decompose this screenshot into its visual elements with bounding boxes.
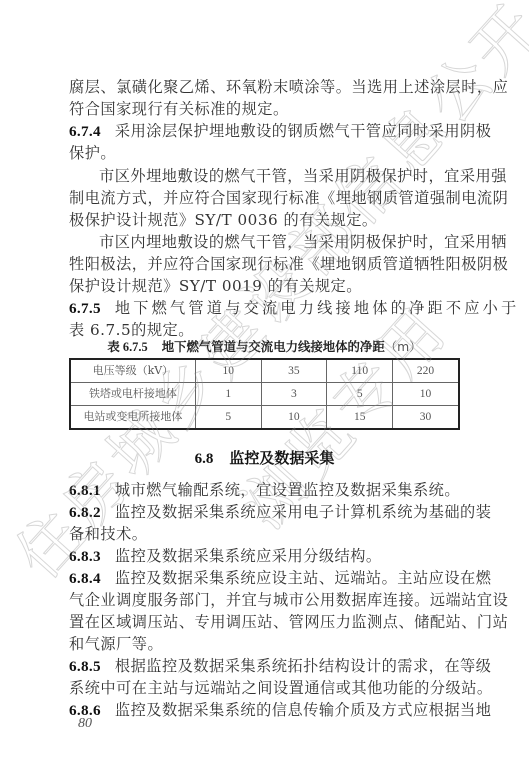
- row-header: 电站或变电所接地体: [70, 406, 195, 430]
- line-text: 腐层、氯磺化聚乙烯、环氧粉末喷涂等。当选用上述涂层时，应: [69, 78, 508, 96]
- line-text: 监控及数据采集系统应采用电子计算机系统为基础的装: [115, 503, 492, 521]
- row-header: 电压等级（kV）: [70, 359, 195, 383]
- line-text: 表 6.7.5的规定。: [69, 321, 194, 339]
- table-cell: 10: [261, 406, 327, 430]
- line-text: 监控及数据采集系统应采用分级结构。: [115, 547, 382, 565]
- body-line: 保护。: [69, 142, 458, 164]
- body-line: 符合国家现行有关标准的规定。: [69, 98, 458, 120]
- body-line: 制电流方式，并应符合国家现行标准《埋地钢质管道强制电流阴: [69, 187, 458, 209]
- line-text: 符合国家现行有关标准的规定。: [69, 100, 289, 118]
- line-text: 城市燃气输配系统，宜设置监控及数据采集系统。: [115, 481, 460, 499]
- table-row: 铁塔或电杆接地体 1 3 5 10: [70, 383, 459, 406]
- line-text: 气企业调度服务部门，并宜与城市公用数据库连接。远端站宜设: [69, 591, 508, 609]
- table-cell: 15: [327, 406, 393, 430]
- table-caption: 表 6.7.5地下燃气管道与交流电力线接地体的净距（m）: [69, 338, 460, 356]
- line-text: 系统中可在主站与远端站之间设置通信或其他功能的分级站。: [69, 679, 493, 697]
- body-line: 保护设计规范》SY/T 0019 的有关规定。: [69, 275, 458, 297]
- section-heading: 6.8监控及数据采集: [69, 447, 460, 469]
- body-line: 气企业调度服务部门，并宜与城市公用数据库连接。远端站宜设: [69, 589, 458, 611]
- line-text: 地下燃气管道与交流电力线接地体的净距不应小于: [115, 299, 520, 317]
- clause-6-8-6: 6.8.6监控及数据采集系统的信息传输介质及方式应根据当地: [69, 699, 458, 721]
- line-text: 保护。: [69, 144, 116, 162]
- line-text: 极保护设计规范》SY/T 0036 的有关规定。: [69, 211, 378, 229]
- line-text: 和气源厂等。: [69, 635, 163, 653]
- table-number: 表 6.7.5: [107, 340, 147, 354]
- clause-number: 6.8.2: [69, 504, 101, 521]
- body-line: 极保护设计规范》SY/T 0036 的有关规定。: [69, 209, 458, 231]
- line-text: 牲阳极法，并应符合国家现行标准《埋地钢质管道牺牲阳极阴极: [69, 255, 508, 273]
- line-text: 备和技术。: [69, 525, 147, 543]
- table-cell: 110: [327, 359, 393, 383]
- section-number: 6.8: [195, 451, 214, 467]
- clause-number: 6.8.4: [69, 570, 101, 587]
- line-text: 采用涂层保护埋地敷设的钢质燃气干管应同时采用阴极: [115, 122, 492, 140]
- table-title: 地下燃气管道与交流电力线接地体的净距: [162, 339, 385, 354]
- line-text: 市区外埋地敷设的燃气干管，当采用阴极保护时，宜采用强: [99, 167, 507, 185]
- clearance-table: 电压等级（kV） 10 35 110 220 铁塔或电杆接地体 1 3 5 10…: [69, 358, 460, 430]
- clause-number: 6.7.4: [69, 123, 101, 140]
- clause-6-8-5: 6.8.5根据监控及数据采集系统拓扑结构设计的需求，在等级: [69, 655, 458, 677]
- body-line: 备和技术。: [69, 523, 458, 545]
- body-line: 牲阳极法，并应符合国家现行标准《埋地钢质管道牺牲阳极阴极: [69, 253, 458, 275]
- clause-6-8-3: 6.8.3监控及数据采集系统应采用分级结构。: [69, 545, 458, 567]
- line-text: 监控及数据采集系统的信息传输介质及方式应根据当地: [115, 701, 492, 719]
- table-cell: 1: [195, 383, 261, 406]
- section-title: 监控及数据采集: [229, 449, 334, 467]
- table-unit: （m）: [385, 339, 422, 354]
- document-page: 腐层、氯磺化聚乙烯、环氧粉末喷涂等。当选用上述涂层时，应 符合国家现行有关标准的…: [0, 0, 529, 766]
- table-row: 电站或变电所接地体 5 10 15 30: [70, 406, 459, 430]
- clause-6-8-1: 6.8.1城市燃气输配系统，宜设置监控及数据采集系统。: [69, 479, 458, 501]
- table-cell: 10: [393, 383, 459, 406]
- line-text: 制电流方式，并应符合国家现行标准《埋地钢质管道强制电流阴: [69, 189, 508, 207]
- line-text: 市区内埋地敷设的燃气干管，当采用阴极保护时，宜采用牺: [99, 233, 507, 251]
- line-text: 保护设计规范》SY/T 0019 的有关规定。: [69, 277, 362, 295]
- table-cell: 5: [195, 406, 261, 430]
- clause-6-7-5: 6.7.5地下燃气管道与交流电力线接地体的净距不应小于: [69, 297, 458, 319]
- clause-6-8-2: 6.8.2监控及数据采集系统应采用电子计算机系统为基础的装: [69, 501, 458, 523]
- clause-number: 6.8.3: [69, 548, 101, 565]
- body-line: 置在区域调压站、专用调压站、管网压力监测点、储配站、门站: [69, 611, 458, 633]
- table-cell: 30: [393, 406, 459, 430]
- clause-number: 6.7.5: [69, 300, 101, 317]
- row-header: 铁塔或电杆接地体: [70, 383, 195, 406]
- table-cell: 35: [261, 359, 327, 383]
- clause-6-8-4: 6.8.4监控及数据采集系统应设主站、远端站。主站应设在燃: [69, 567, 458, 589]
- line-text: 根据监控及数据采集系统拓扑结构设计的需求，在等级: [115, 657, 492, 675]
- table-cell: 5: [327, 383, 393, 406]
- line-text: 监控及数据采集系统应设主站、远端站。主站应设在燃: [115, 569, 492, 587]
- clause-number: 6.8.5: [69, 658, 101, 675]
- body-line: 腐层、氯磺化聚乙烯、环氧粉末喷涂等。当选用上述涂层时，应: [69, 76, 458, 98]
- clause-number: 6.8.1: [69, 482, 101, 499]
- body-line: 市区外埋地敷设的燃气干管，当采用阴极保护时，宜采用强: [69, 165, 458, 187]
- table-cell: 10: [195, 359, 261, 383]
- body-line: 市区内埋地敷设的燃气干管，当采用阴极保护时，宜采用牺: [69, 231, 458, 253]
- table-cell: 3: [261, 383, 327, 406]
- table-cell: 220: [393, 359, 459, 383]
- page-number: 80: [78, 716, 92, 732]
- body-line: 和气源厂等。: [69, 633, 458, 655]
- body-line: 系统中可在主站与远端站之间设置通信或其他功能的分级站。: [69, 677, 458, 699]
- table-row: 电压等级（kV） 10 35 110 220: [70, 359, 459, 383]
- clause-6-7-4: 6.7.4采用涂层保护埋地敷设的钢质燃气干管应同时采用阴极: [69, 120, 458, 142]
- line-text: 置在区域调压站、专用调压站、管网压力监测点、储配站、门站: [69, 613, 508, 631]
